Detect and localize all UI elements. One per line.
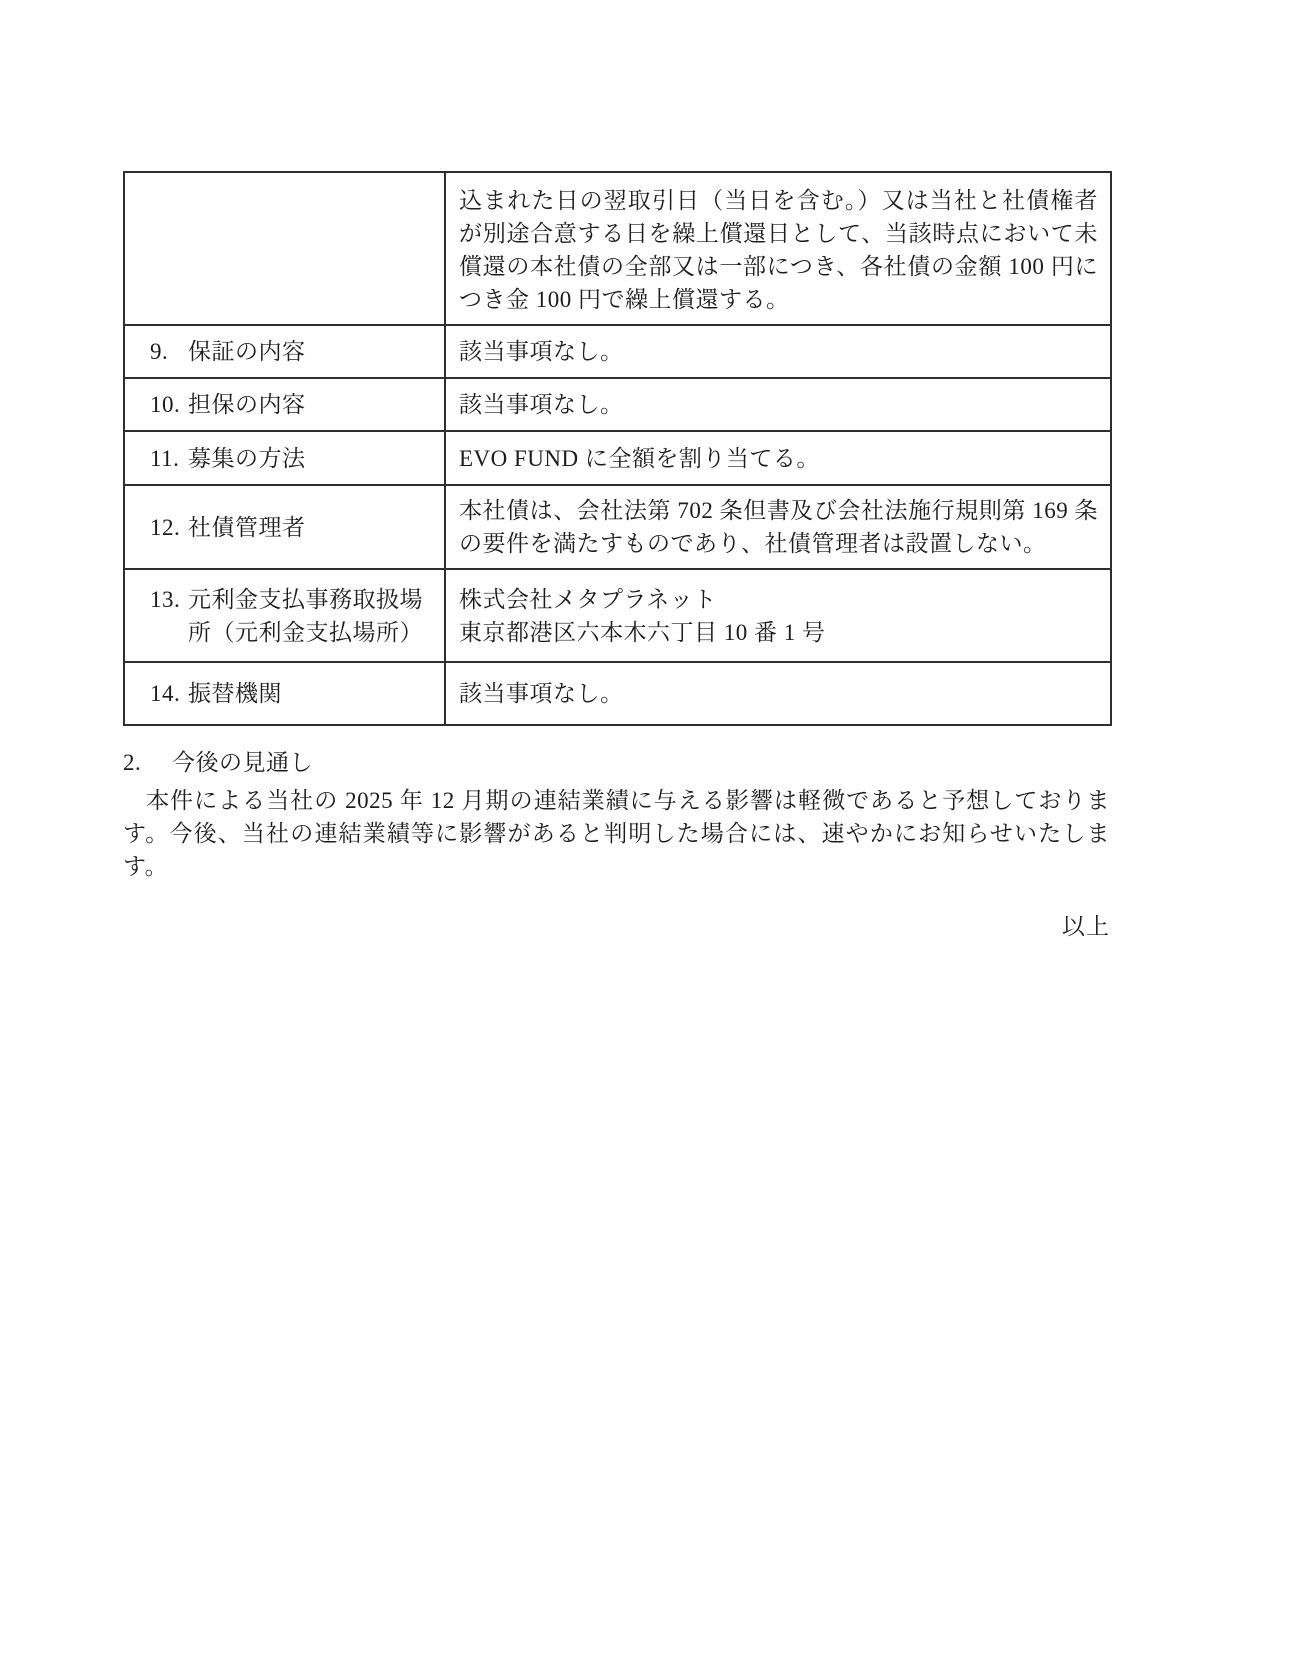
row-number: 13.: [150, 583, 180, 616]
row-label: 担保の内容: [188, 392, 306, 417]
cell-text: 該当事項なし。: [459, 388, 1098, 421]
row-label: 元利金支払事務取扱場所（元利金支払場所）: [188, 587, 423, 645]
value-cell: 該当事項なし。: [445, 325, 1111, 378]
cell-text: 該当事項なし。: [459, 677, 1098, 710]
cell-text: 本社債は、会社法第 702 条但書及び会社法施行規則第 169 条の要件を満たす…: [459, 494, 1098, 560]
section-body-paragraph: 本件による当社の 2025 年 12 月期の連結業績に与える影響は軽微であると予…: [123, 784, 1110, 883]
table-row-12-bond-administrator: 12. 社債管理者 本社債は、会社法第 702 条但書及び会社法施行規則第 16…: [124, 485, 1111, 569]
table-row-13-payment-office: 13. 元利金支払事務取扱場所（元利金支払場所） 株式会社メタプラネット 東京都…: [124, 569, 1111, 662]
row-number: 10.: [150, 388, 180, 421]
closing-ijou: 以上: [123, 914, 1110, 940]
document-page: 込まれた日の翌取引日（当日を含む。）又は当社と社債権者が別途合意する日を繰上償還…: [0, 0, 1290, 1662]
row-label: 募集の方法: [188, 446, 306, 471]
table-row-continuation: 込まれた日の翌取引日（当日を含む。）又は当社と社債権者が別途合意する日を繰上償還…: [124, 172, 1111, 325]
label-cell: 9. 保証の内容: [124, 325, 445, 378]
value-cell: EVO FUND に全額を割り当てる。: [445, 431, 1111, 485]
table-row-14-transfer-agent: 14. 振替機関 該当事項なし。: [124, 662, 1111, 725]
cell-text: 該当事項なし。: [459, 335, 1098, 368]
row-number: 12.: [150, 511, 180, 544]
document-content: 込まれた日の翌取引日（当日を含む。）又は当社と社債権者が別途合意する日を繰上償還…: [123, 171, 1110, 940]
table-row-10-collateral: 10. 担保の内容 該当事項なし。: [124, 378, 1111, 431]
row-label: 社債管理者: [188, 515, 306, 540]
label-cell: 14. 振替機関: [124, 662, 445, 725]
table-row-9-guarantee: 9. 保証の内容 該当事項なし。: [124, 325, 1111, 378]
row-label: 振替機関: [188, 681, 282, 706]
label-cell-empty: [124, 172, 445, 325]
row-number: 14.: [150, 677, 180, 710]
row-number: 11.: [150, 442, 179, 475]
section-title: 今後の見通し: [172, 750, 313, 775]
section-heading: 2.今後の見通し: [123, 750, 1110, 776]
table-row-11-offering-method: 11. 募集の方法 EVO FUND に全額を割り当てる。: [124, 431, 1111, 485]
row-label: 保証の内容: [188, 339, 306, 364]
cell-text-line1: 株式会社メタプラネット: [459, 583, 1098, 616]
value-cell: 込まれた日の翌取引日（当日を含む。）又は当社と社債権者が別途合意する日を繰上償還…: [445, 172, 1111, 325]
bond-terms-table: 込まれた日の翌取引日（当日を含む。）又は当社と社債権者が別途合意する日を繰上償還…: [123, 171, 1112, 726]
section-number: 2.: [123, 750, 172, 776]
value-cell: 本社債は、会社法第 702 条但書及び会社法施行規則第 169 条の要件を満たす…: [445, 485, 1111, 569]
label-cell: 12. 社債管理者: [124, 485, 445, 569]
value-cell: 該当事項なし。: [445, 378, 1111, 431]
label-cell: 11. 募集の方法: [124, 431, 445, 485]
label-cell: 13. 元利金支払事務取扱場所（元利金支払場所）: [124, 569, 445, 662]
section-future-outlook: 2.今後の見通し 本件による当社の 2025 年 12 月期の連結業績に与える影…: [123, 750, 1110, 883]
cell-text-line2: 東京都港区六本木六丁目 10 番 1 号: [459, 616, 1098, 649]
row-number: 9.: [150, 335, 168, 368]
label-cell: 10. 担保の内容: [124, 378, 445, 431]
value-cell: 株式会社メタプラネット 東京都港区六本木六丁目 10 番 1 号: [445, 569, 1111, 662]
value-cell: 該当事項なし。: [445, 662, 1111, 725]
cell-text: 込まれた日の翌取引日（当日を含む。）又は当社と社債権者が別途合意する日を繰上償還…: [459, 184, 1098, 316]
cell-text: EVO FUND に全額を割り当てる。: [459, 442, 1098, 475]
